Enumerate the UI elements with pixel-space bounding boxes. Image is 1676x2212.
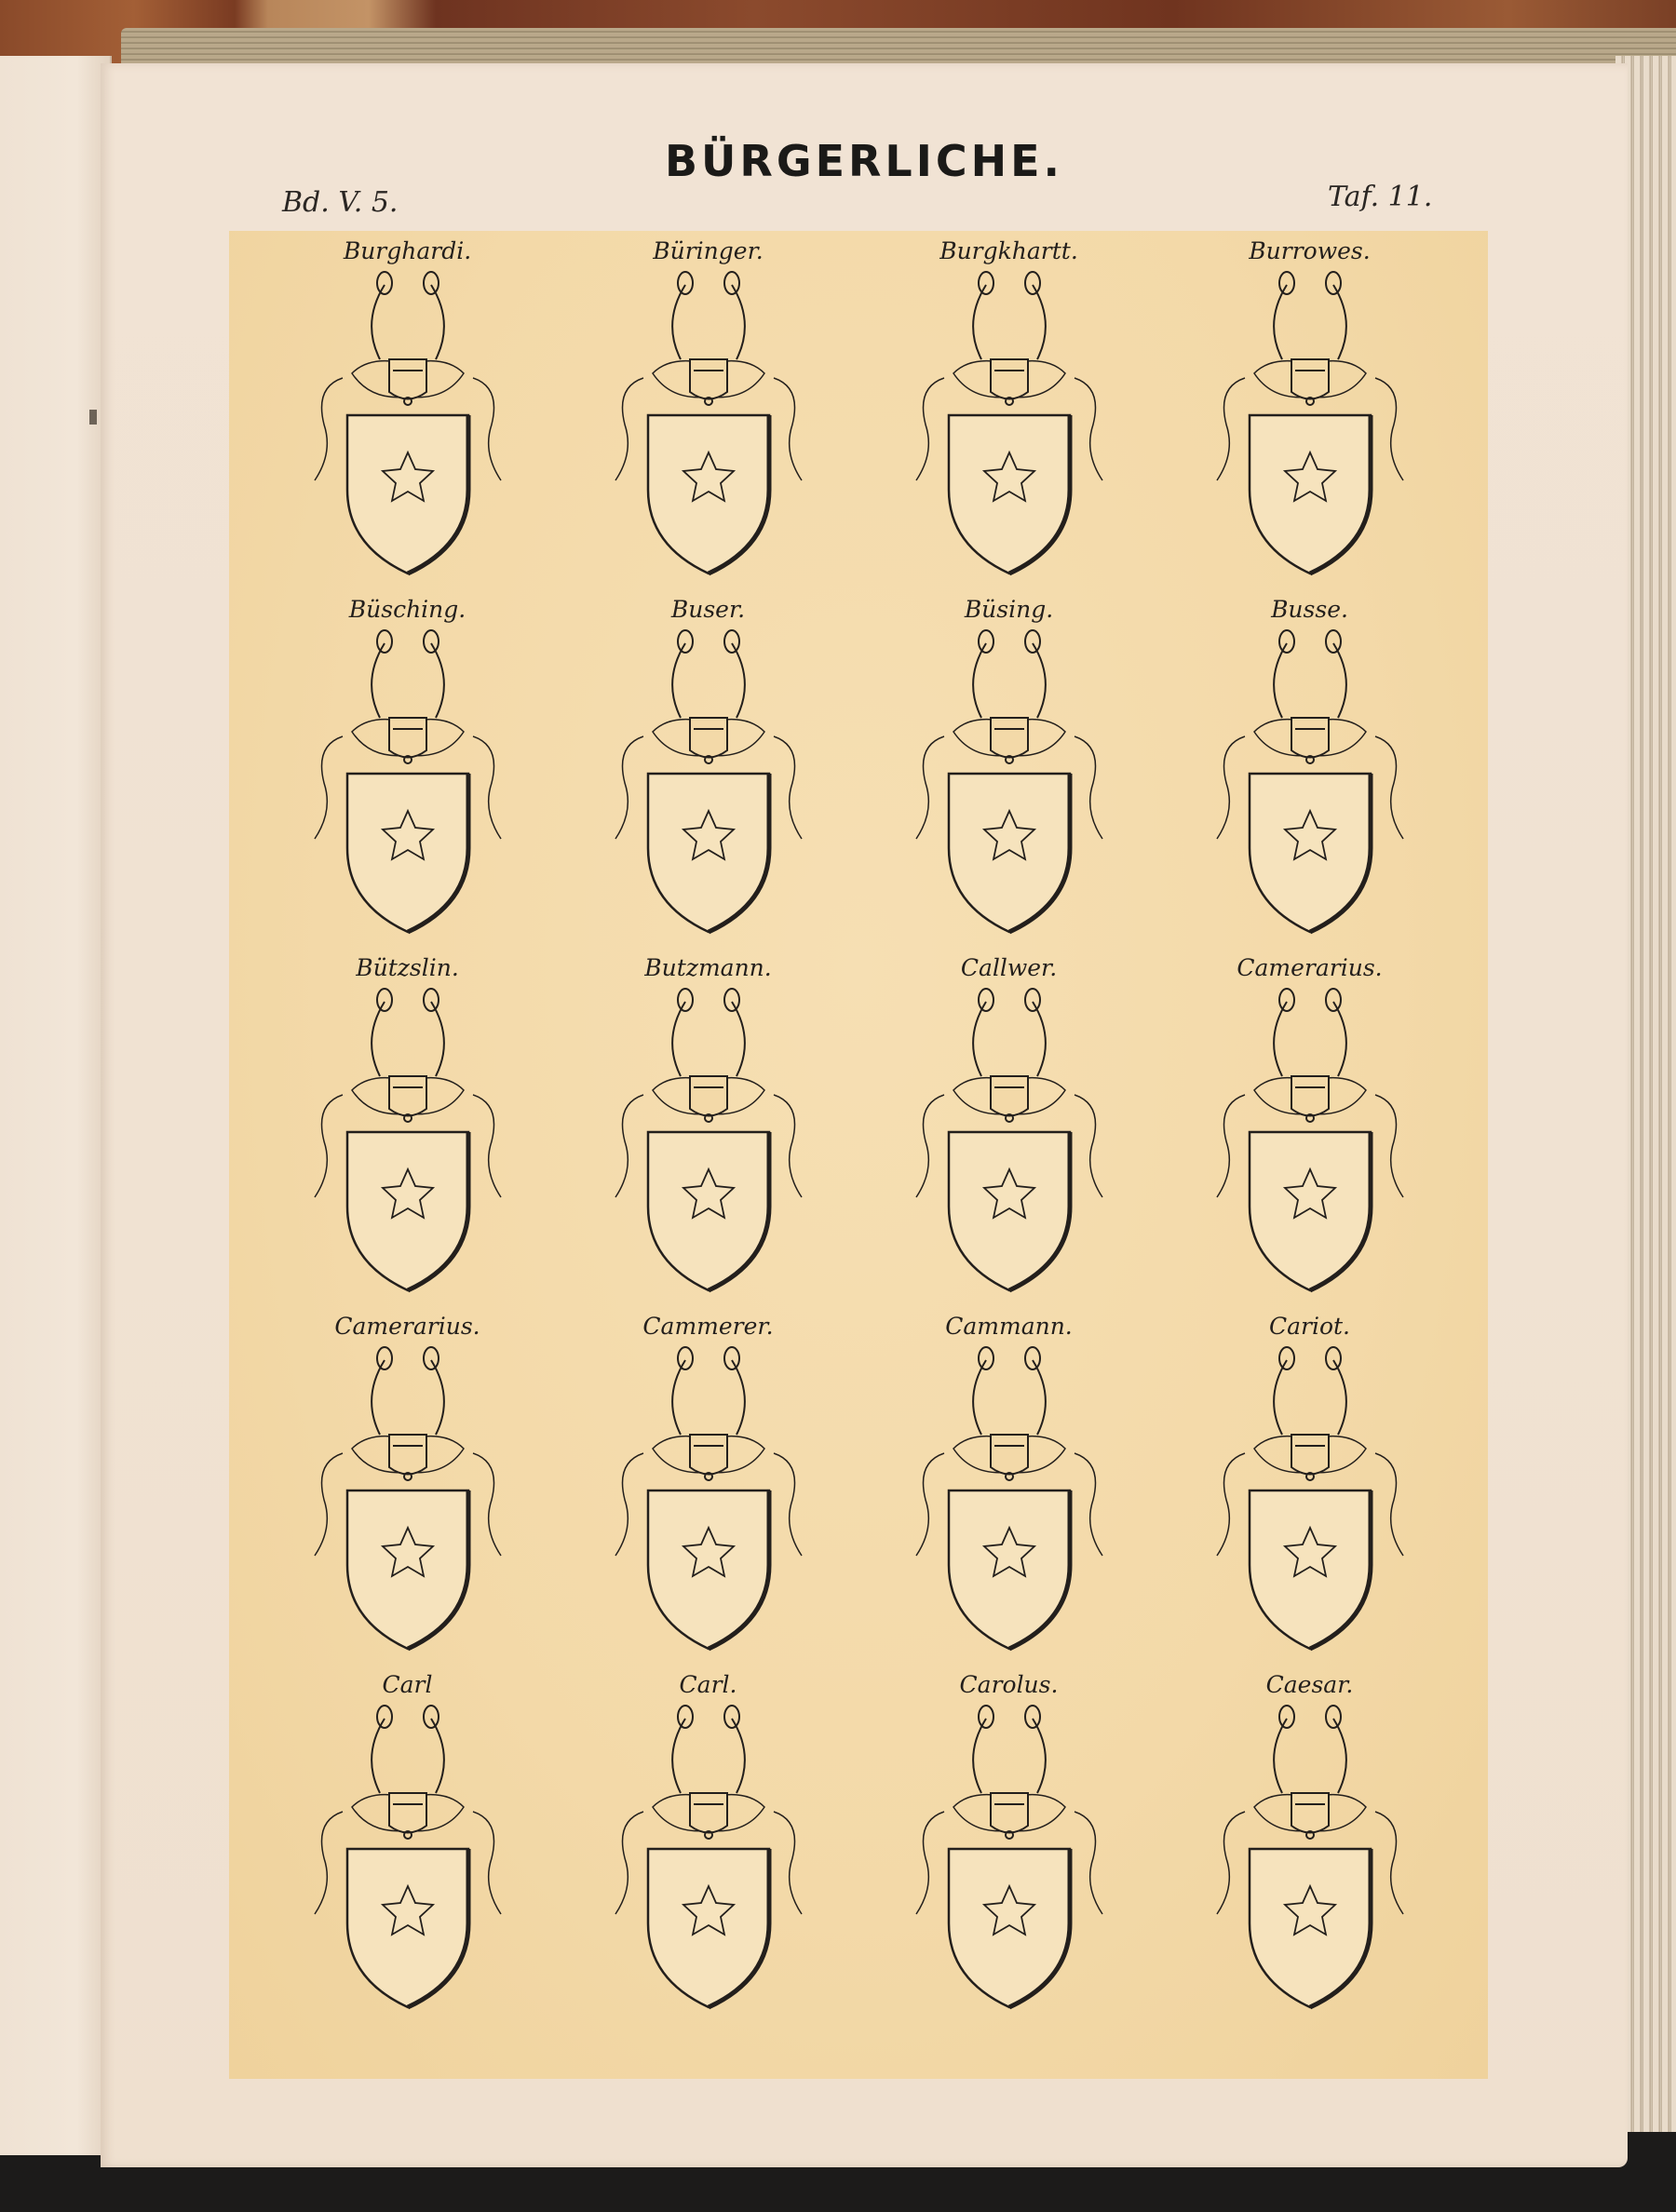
family-name: Camerarius. [1237,953,1382,983]
family-name: Büsing. [965,595,1053,625]
coat-of-arms-icon [1198,983,1422,1300]
coat-of-arms-19: Carolus. [858,1666,1159,2025]
family-name: Cariot. [1269,1312,1350,1342]
family-name: Carolus. [960,1670,1059,1700]
coat-of-arms-3: Burgkhartt. [858,233,1159,591]
coat-of-arms-icon [296,1700,520,2016]
coat-of-arms-icon [898,266,1121,583]
coat-of-arms-10: Butzmann. [558,950,858,1308]
coat-of-arms-icon [296,266,520,583]
coat-of-arms-16: Cariot. [1159,1308,1460,1666]
coat-of-arms-14: Cammerer. [558,1308,858,1666]
family-name: Busse. [1271,595,1348,625]
family-name: Burrowes. [1249,236,1370,266]
coat-of-arms-icon [898,1700,1121,2016]
family-name: Büringer. [653,236,763,266]
volume-label: Bd. V. 5. [282,186,398,219]
facing-page-left [0,56,112,2155]
family-name: Caesar. [1266,1670,1354,1700]
coat-of-arms-5: Büsching. [257,591,558,950]
coat-of-arms-11: Callwer. [858,950,1159,1308]
page-title: BÜRGERLICHE. [101,136,1628,186]
coat-of-arms-13: Camerarius. [257,1308,558,1666]
coat-of-arms-4: Burrowes. [1159,233,1460,591]
coat-of-arms-icon [597,983,820,1300]
coat-of-arms-12: Camerarius. [1159,950,1460,1308]
coat-of-arms-icon [1198,625,1422,941]
coat-of-arms-18: Carl. [558,1666,858,2025]
book-page: BÜRGERLICHE. Bd. V. 5. Taf. 11. Burghard… [101,63,1628,2167]
page-tab-mark [89,410,97,425]
coat-of-arms-icon [898,983,1121,1300]
family-name: Callwer. [961,953,1057,983]
coat-of-arms-icon [898,1342,1121,1658]
coat-of-arms-icon [597,266,820,583]
coat-of-arms-9: Bützslin. [257,950,558,1308]
family-name: Bützslin. [356,953,459,983]
coat-of-arms-20: Caesar. [1159,1666,1460,2025]
family-name: Buser. [671,595,745,625]
family-name: Carl. [680,1670,737,1700]
coat-of-arms-icon [1198,1342,1422,1658]
coat-of-arms-icon [1198,266,1422,583]
coat-of-arms-2: Büringer. [558,233,858,591]
coat-of-arms-icon [898,625,1121,941]
coat-of-arms-7: Büsing. [858,591,1159,950]
family-name: Cammann. [945,1312,1073,1342]
book-page-edges-top [121,28,1676,67]
coat-of-arms-6: Buser. [558,591,858,950]
coat-of-arms-8: Busse. [1159,591,1460,950]
family-name: Cammerer. [642,1312,773,1342]
coat-of-arms-icon [1198,1700,1422,2016]
coat-of-arms-17: Carl [257,1666,558,2025]
family-name: Büsching. [349,595,466,625]
coat-of-arms-15: Cammann. [858,1308,1159,1666]
family-name: Carl [383,1670,433,1700]
family-name: Butzmann. [644,953,771,983]
coat-of-arms-icon [296,625,520,941]
coat-of-arms-icon [597,1342,820,1658]
plate-number: Taf. 11. [1328,181,1432,213]
coat-of-arms-1: Burghardi. [257,233,558,591]
coat-of-arms-icon [296,983,520,1300]
family-name: Burgkhartt. [939,236,1078,266]
coat-of-arms-icon [597,625,820,941]
family-name: Burghardi. [344,236,471,266]
coat-of-arms-icon [296,1342,520,1658]
family-name: Camerarius. [334,1312,480,1342]
heraldry-plate: Burghardi. [229,231,1488,2079]
coat-of-arms-icon [597,1700,820,2016]
